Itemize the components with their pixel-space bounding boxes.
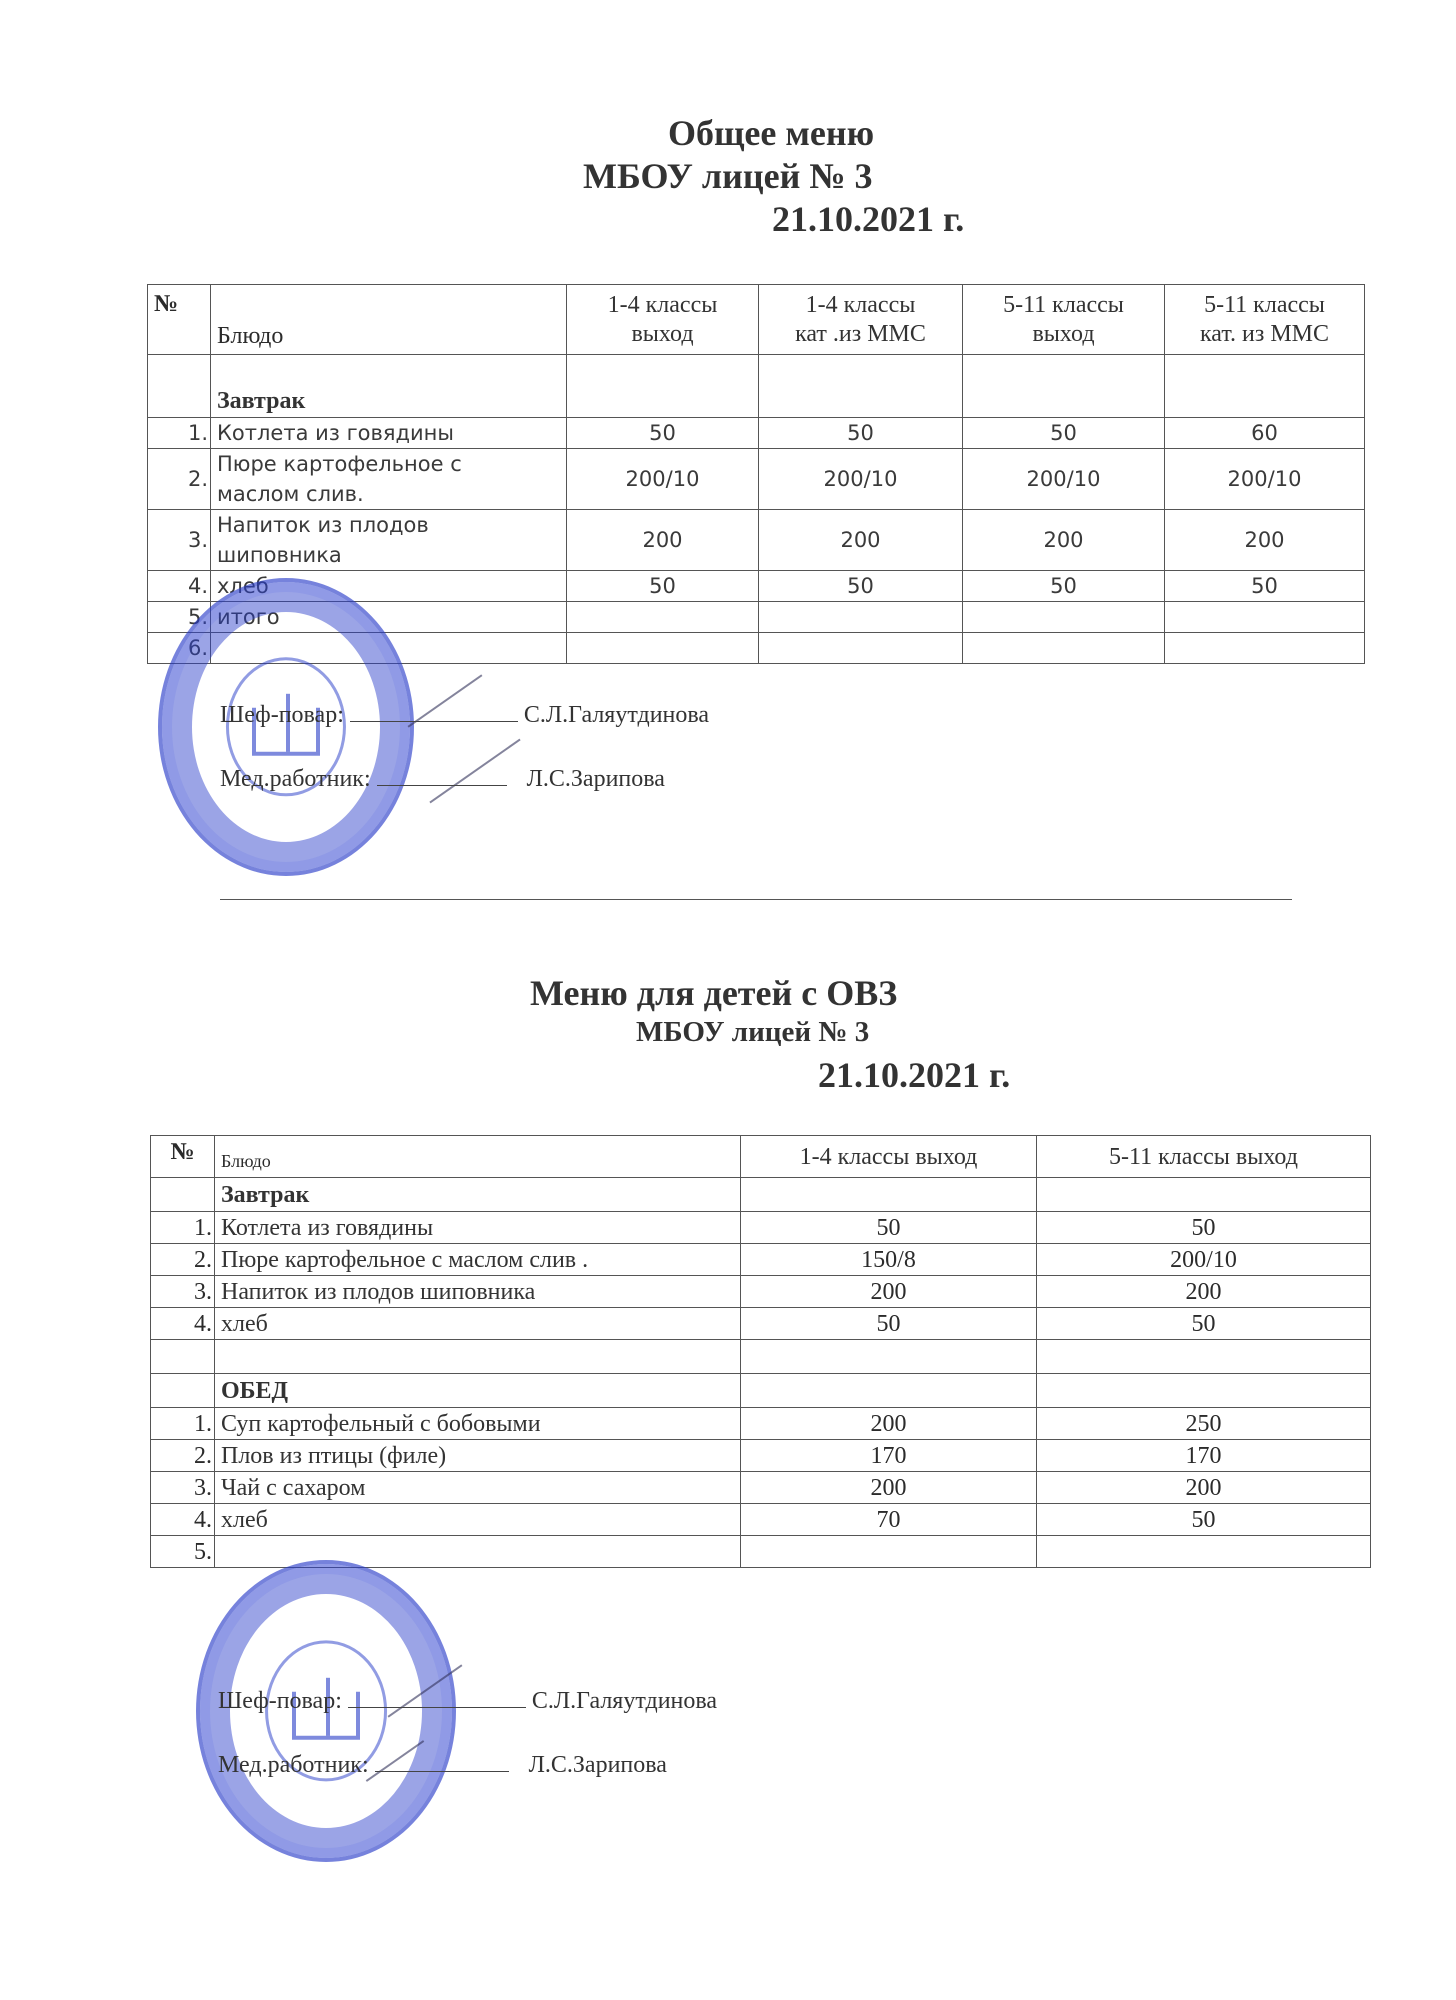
table-header-row: № Блюдо 1-4 классывыход 1-4 классыкат .и… [148, 285, 1365, 355]
header-col3-line1: 5-11 классы [969, 291, 1158, 320]
table-row: 4.хлеб7050 [151, 1504, 1371, 1536]
empty-cell [215, 1340, 741, 1374]
signature-line [375, 1771, 509, 1772]
section2-date: 21.10.2021 г. [818, 1054, 1010, 1096]
portion-value: 60 [1165, 418, 1365, 449]
portion-value [759, 602, 963, 633]
portion-value [1037, 1536, 1371, 1568]
empty-cell [741, 1178, 1037, 1212]
row-number: 1. [151, 1212, 215, 1244]
portion-value: 200 [759, 510, 963, 571]
portion-value: 200/10 [759, 449, 963, 510]
table-row: 1.Котлета из говядины5050 [151, 1212, 1371, 1244]
section-row-lunch: ОБЕД [151, 1374, 1371, 1408]
section2-medic-signature: Мед.работник: Л.С.Зарипова [218, 1752, 667, 1779]
dish-name: хлеб [215, 1308, 741, 1340]
table-row: 1.Суп картофельный с бобовыми200250 [151, 1408, 1371, 1440]
portion-value: 50 [963, 571, 1165, 602]
section2-school: МБОУ лицей № 3 [636, 1016, 869, 1049]
portion-value: 50 [1037, 1212, 1371, 1244]
row-number: 5. [151, 1536, 215, 1568]
portion-value: 200 [1037, 1472, 1371, 1504]
dish-name: Пюре картофельное смаслом слив. [211, 449, 567, 510]
header-col1: 1-4 классы выход [741, 1136, 1037, 1178]
header-col2-line2: кат .из ММС [765, 320, 956, 349]
chef-role: Шеф-повар: [220, 702, 344, 728]
empty-cell [151, 1340, 215, 1374]
header-col1: 1-4 классывыход [567, 285, 759, 355]
table-row: 4.хлеб5050 [151, 1308, 1371, 1340]
portion-value: 200 [741, 1276, 1037, 1308]
portion-value: 50 [759, 418, 963, 449]
section-label-breakfast: Завтрак [215, 1178, 741, 1212]
dish-name-line: Котлета из говядины [217, 418, 560, 448]
portion-value: 200 [963, 510, 1165, 571]
table-row: 3.Напиток из плодовшиповника200200200200 [148, 510, 1365, 571]
portion-value [1165, 602, 1365, 633]
dish-name [215, 1536, 741, 1568]
signature-line [377, 785, 507, 786]
row-number: 2. [148, 449, 211, 510]
section1-medic-signature: Мед.работник: Л.С.Зарипова [220, 766, 665, 793]
table-row: 2.Пюре картофельное смаслом слив.200/102… [148, 449, 1365, 510]
dish-name: Напиток из плодов шиповника [215, 1276, 741, 1308]
row-number: 1. [151, 1408, 215, 1440]
table-row: 3.Напиток из плодов шиповника200200 [151, 1276, 1371, 1308]
empty-cell [741, 1374, 1037, 1408]
signature-line [348, 1707, 526, 1708]
signature-line [350, 721, 518, 722]
portion-value: 200 [1165, 510, 1365, 571]
portion-value: 50 [963, 418, 1165, 449]
row-number: 3. [151, 1276, 215, 1308]
empty-cell [1165, 355, 1365, 418]
section-label-lunch: ОБЕД [215, 1374, 741, 1408]
header-col2: 5-11 классы выход [1037, 1136, 1371, 1178]
portion-value: 50 [1037, 1308, 1371, 1340]
portion-value: 200/10 [963, 449, 1165, 510]
header-col3-line2: выход [969, 320, 1158, 349]
portion-value: 50 [759, 571, 963, 602]
dish-name: Суп картофельный с бобовыми [215, 1408, 741, 1440]
portion-value: 200/10 [1165, 449, 1365, 510]
section2-title: Меню для детей с ОВЗ [530, 972, 897, 1014]
empty-cell [1037, 1178, 1371, 1212]
chef-name: С.Л.Галяутдинова [524, 702, 709, 728]
chef-name: С.Л.Галяутдинова [532, 1688, 717, 1714]
chef-role: Шеф-повар: [218, 1688, 342, 1714]
header-no: № [148, 285, 211, 355]
section-row-breakfast: Завтрак [148, 355, 1365, 418]
portion-value: 50 [741, 1212, 1037, 1244]
section1-chef-signature: Шеф-повар: С.Л.Галяутдинова [220, 702, 709, 729]
medic-name: Л.С.Зарипова [527, 766, 665, 792]
portion-value [1165, 633, 1365, 664]
row-number: 3. [148, 510, 211, 571]
portion-value: 250 [1037, 1408, 1371, 1440]
dish-name-line: шиповника [217, 540, 560, 570]
dish-name: Пюре картофельное с маслом слив . [215, 1244, 741, 1276]
portion-value [759, 633, 963, 664]
spacer-row [151, 1340, 1371, 1374]
header-dish: Блюдо [215, 1136, 741, 1178]
dish-name: Плов из птицы (филе) [215, 1440, 741, 1472]
medic-name: Л.С.Зарипова [529, 1752, 667, 1778]
empty-cell [759, 355, 963, 418]
portion-value [963, 602, 1165, 633]
empty-cell [1037, 1374, 1371, 1408]
portion-value: 50 [1037, 1504, 1371, 1536]
header-col3: 5-11 классывыход [963, 285, 1165, 355]
section-label-breakfast: Завтрак [211, 355, 567, 418]
portion-value: 200 [567, 510, 759, 571]
portion-value: 200 [1037, 1276, 1371, 1308]
dish-name-line: Напиток из плодов [217, 510, 560, 540]
row-number: 1. [148, 418, 211, 449]
portion-value: 50 [567, 418, 759, 449]
table-header-row: № Блюдо 1-4 классы выход 5-11 классы вых… [151, 1136, 1371, 1178]
header-col2-line1: 1-4 классы [765, 291, 956, 320]
section2-chef-signature: Шеф-повар: С.Л.Галяутдинова [218, 1688, 717, 1715]
table-row: 2.Пюре картофельное с маслом слив .150/8… [151, 1244, 1371, 1276]
portion-value: 70 [741, 1504, 1037, 1536]
empty-cell [567, 355, 759, 418]
table-row: 1.Котлета из говядины50505060 [148, 418, 1365, 449]
row-number: 4. [151, 1308, 215, 1340]
section1-school: МБОУ лицей № 3 [583, 155, 873, 197]
header-no: № [151, 1136, 215, 1178]
header-col2: 1-4 классыкат .из ММС [759, 285, 963, 355]
dish-name-line: маслом слив. [217, 479, 560, 509]
section1-date: 21.10.2021 г. [772, 198, 964, 240]
row-number: 2. [151, 1244, 215, 1276]
portion-value: 200/10 [567, 449, 759, 510]
header-col4-line1: 5-11 классы [1171, 291, 1358, 320]
empty-cell [741, 1340, 1037, 1374]
portion-value: 170 [741, 1440, 1037, 1472]
empty-cell [963, 355, 1165, 418]
portion-value [567, 633, 759, 664]
header-col4-line2: кат. из ММС [1171, 320, 1358, 349]
ovz-menu-table: № Блюдо 1-4 классы выход 5-11 классы вых… [150, 1135, 1371, 1568]
empty-cell [148, 355, 211, 418]
header-dish: Блюдо [211, 285, 567, 355]
section-row-breakfast: Завтрак [151, 1178, 1371, 1212]
portion-value: 170 [1037, 1440, 1371, 1472]
section-divider [220, 899, 1292, 900]
section1-title: Общее меню [668, 112, 874, 154]
empty-cell [1037, 1340, 1371, 1374]
header-col4: 5-11 классыкат. из ММС [1165, 285, 1365, 355]
dish-name: Котлета из говядины [211, 418, 567, 449]
portion-value [741, 1536, 1037, 1568]
dish-name: Чай с сахаром [215, 1472, 741, 1504]
dish-name: Котлета из говядины [215, 1212, 741, 1244]
row-number: 3. [151, 1472, 215, 1504]
portion-value: 200/10 [1037, 1244, 1371, 1276]
row-number: 2. [151, 1440, 215, 1472]
portion-value [567, 602, 759, 633]
table-row: 3.Чай с сахаром200200 [151, 1472, 1371, 1504]
portion-value: 50 [567, 571, 759, 602]
portion-value: 200 [741, 1408, 1037, 1440]
row-number: 4. [148, 571, 211, 602]
header-col1-line1: 1-4 классы [573, 291, 752, 320]
header-col1-line2: выход [573, 320, 752, 349]
dish-name: хлеб [215, 1504, 741, 1536]
empty-cell [151, 1374, 215, 1408]
table-row: 2.Плов из птицы (филе)170170 [151, 1440, 1371, 1472]
medic-role: Мед.работник: [220, 766, 371, 792]
empty-cell [151, 1178, 215, 1212]
medic-role: Мед.работник: [218, 1752, 369, 1778]
dish-name: Напиток из плодовшиповника [211, 510, 567, 571]
portion-value: 50 [1165, 571, 1365, 602]
portion-value [963, 633, 1165, 664]
row-number: 4. [151, 1504, 215, 1536]
dish-name-line: Пюре картофельное с [217, 449, 560, 479]
portion-value: 50 [741, 1308, 1037, 1340]
portion-value: 150/8 [741, 1244, 1037, 1276]
portion-value: 200 [741, 1472, 1037, 1504]
